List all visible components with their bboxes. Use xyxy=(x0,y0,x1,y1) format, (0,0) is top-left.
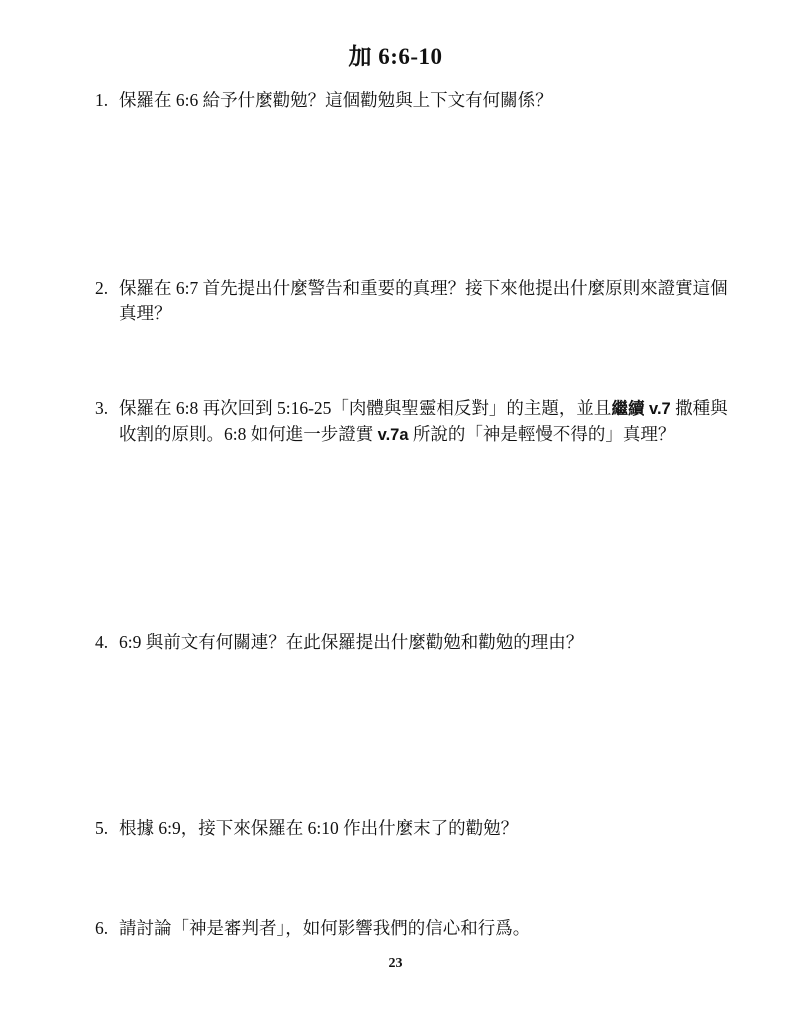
question-text-segment: 保羅在 6:6 給予什麼勸勉？這個勸勉與上下文有何關係？ xyxy=(119,90,553,110)
question-item-2: 2. 保羅在 6:7 首先提出什麼警告和重要的真理？接下來他提出什麼原則來證實這… xyxy=(95,276,729,326)
question-text: 請討論「神是審判者」，如何影響我們的信心和行爲。 xyxy=(119,916,729,941)
question-text: 保羅在 6:7 首先提出什麼警告和重要的真理？接下來他提出什麼原則來證實這個真理… xyxy=(119,276,729,326)
question-text: 保羅在 6:6 給予什麼勸勉？這個勸勉與上下文有何關係？ xyxy=(119,88,729,113)
page-title: 加 6:6-10 xyxy=(0,38,791,71)
question-number: 5. xyxy=(95,816,119,841)
question-text-bold-segment: v.7a xyxy=(378,426,409,444)
page-number: 23 xyxy=(0,956,791,972)
question-text: 保羅在 6:8 再次回到 5:16-25「肉體與聖靈相反對」的主題，並且繼續 v… xyxy=(119,396,729,448)
question-item-1: 1. 保羅在 6:6 給予什麼勸勉？這個勸勉與上下文有何關係？ xyxy=(95,88,729,113)
question-text: 6:9 與前文有何關連？在此保羅提出什麼勸勉和勸勉的理由？ xyxy=(119,630,729,655)
question-number: 1. xyxy=(95,88,119,113)
document-page: 加 6:6-10 1. 保羅在 6:6 給予什麼勸勉？這個勸勉與上下文有何關係？… xyxy=(0,0,791,1024)
question-text: 根據 6:9，接下來保羅在 6:10 作出什麼末了的勸勉？ xyxy=(119,816,729,841)
question-text-segment: 所說的「神是輕慢不得的」真理？ xyxy=(409,424,676,444)
question-number: 6. xyxy=(95,916,119,941)
question-item-6: 6. 請討論「神是審判者」，如何影響我們的信心和行爲。 xyxy=(95,916,729,941)
question-text-segment: 請討論「神是審判者」，如何影響我們的信心和行爲。 xyxy=(119,918,530,938)
question-text-bold-segment: 繼續 v.7 xyxy=(611,400,670,418)
question-item-5: 5. 根據 6:9，接下來保羅在 6:10 作出什麼末了的勸勉？ xyxy=(95,816,729,841)
question-text-segment: 根據 6:9，接下來保羅在 6:10 作出什麼末了的勸勉？ xyxy=(119,818,518,838)
question-number: 2. xyxy=(95,276,119,301)
question-item-4: 4. 6:9 與前文有何關連？在此保羅提出什麼勸勉和勸勉的理由？ xyxy=(95,630,729,655)
question-text-segment: 6:9 與前文有何關連？在此保羅提出什麼勸勉和勸勉的理由？ xyxy=(119,632,583,652)
question-number: 3. xyxy=(95,396,119,421)
question-text-segment: 保羅在 6:7 首先提出什麼警告和重要的真理？接下來他提出什麼原則來證實這個真理… xyxy=(119,278,728,323)
question-number: 4. xyxy=(95,630,119,655)
question-item-3: 3. 保羅在 6:8 再次回到 5:16-25「肉體與聖靈相反對」的主題，並且繼… xyxy=(95,396,729,448)
question-text-segment: 保羅在 6:8 再次回到 5:16-25「肉體與聖靈相反對」的主題，並且 xyxy=(119,398,611,418)
